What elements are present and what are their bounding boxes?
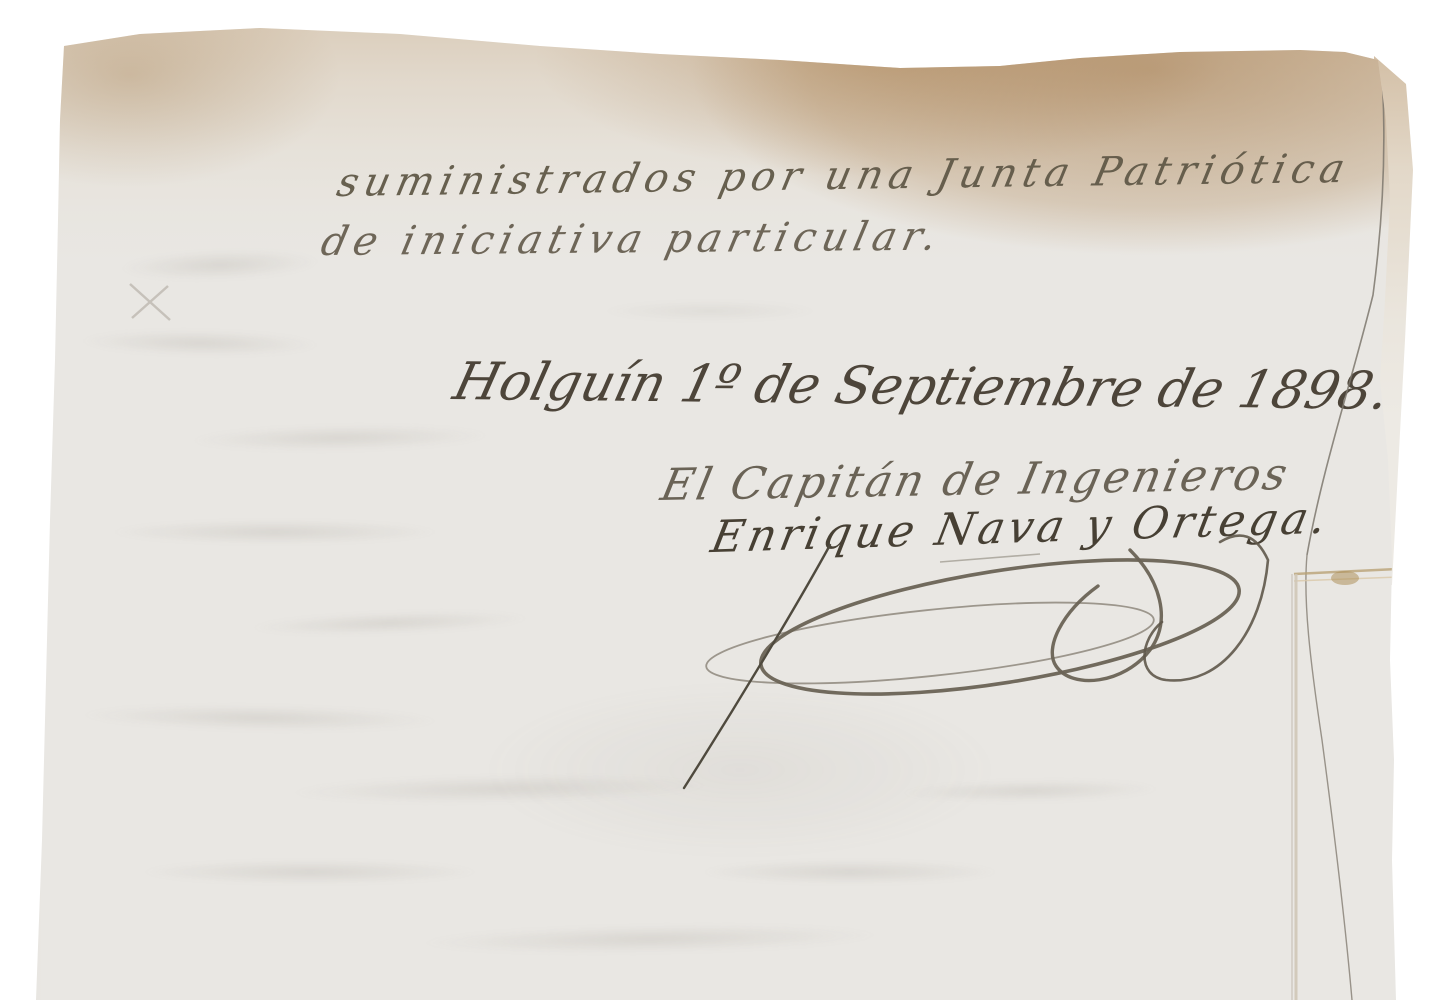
manuscript-dateline: Holguín 1º de Septiembre de 1898.: [455, 352, 1389, 422]
manuscript-text: suministrados por una Junta Patriótica: [333, 146, 1355, 206]
manuscript-line-body-1: suministrados por una Junta Patriótica: [338, 146, 1351, 206]
manuscript-text: Holguín 1º de Septiembre de 1898.: [448, 352, 1396, 422]
bleedthrough-smudge: [120, 247, 321, 284]
bleedthrough-smudge: [700, 860, 1000, 884]
bleedthrough-smudge: [110, 520, 440, 544]
bleedthrough-smudge: [80, 328, 320, 358]
manuscript-photo: suministrados por una Junta Patriótica d…: [0, 0, 1446, 1000]
bleedthrough-smudge: [420, 921, 880, 957]
bleedthrough-smudge: [140, 860, 480, 884]
bleedthrough-smudge: [600, 300, 820, 322]
bleedthrough-smudge: [250, 607, 531, 639]
signature-flourish: [600, 500, 1360, 820]
manuscript-text: de iniciativa particular.: [317, 214, 947, 266]
bleedthrough-smudge: [190, 422, 490, 453]
bleedthrough-smudge: [80, 702, 440, 734]
document-page: suministrados por una Junta Patriótica d…: [0, 0, 1446, 1000]
manuscript-line-body-2: de iniciativa particular.: [322, 214, 942, 265]
